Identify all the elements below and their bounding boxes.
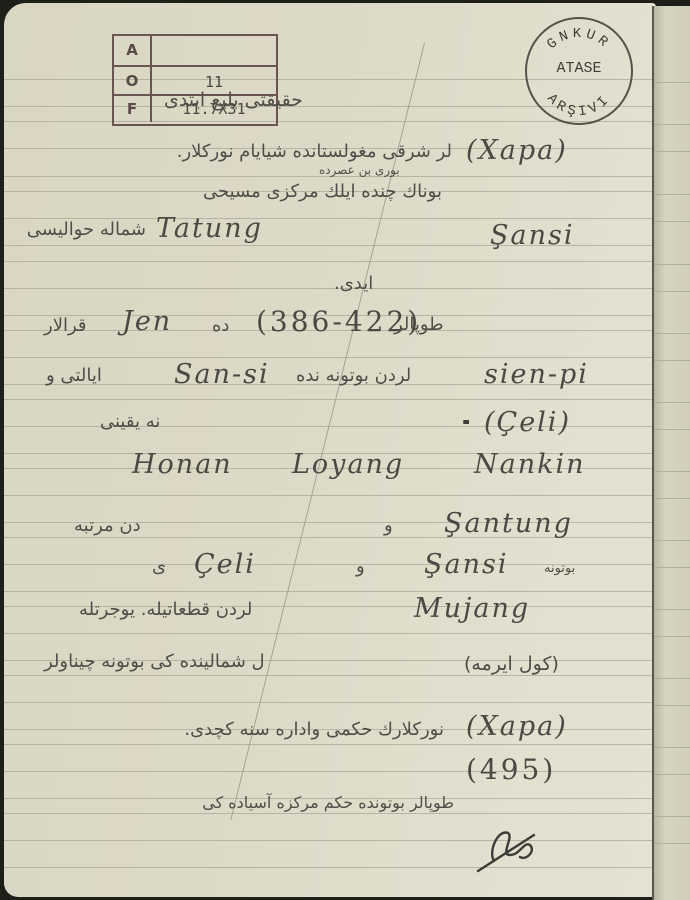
registry-label-a: A bbox=[114, 36, 152, 65]
next-page-edge bbox=[652, 6, 690, 900]
word-xapa-1: (Xapa) bbox=[466, 135, 568, 166]
seal-center-text: ATASE bbox=[527, 60, 631, 77]
line-14: نورکلارك حکمی واداره سنه کچدی. bbox=[44, 719, 444, 740]
word-mujang: Mujang bbox=[414, 593, 530, 624]
word-ye: ی bbox=[152, 556, 166, 577]
archive-seal: GNKUR ARŞIVI ATASE bbox=[525, 17, 633, 125]
word-sien-pi: sien-pi bbox=[484, 359, 589, 390]
word-honan: Honan bbox=[132, 449, 233, 480]
word-san-si: San-si bbox=[174, 359, 270, 390]
word-santung: Şantung bbox=[444, 508, 573, 539]
registry-value-a bbox=[152, 36, 276, 65]
line-3: بوناك چنده ایلك مرکزی مسیحی bbox=[32, 181, 442, 202]
line-4-end: شماله حوالیسی bbox=[26, 219, 146, 240]
notebook-page: A O 11 F 11.7X31 GNKUR ARŞIVI ATASE حقیق… bbox=[4, 3, 656, 897]
word-sansi-1: Şansi bbox=[490, 220, 574, 251]
line-7-mid: لردن بوتونه نده bbox=[296, 365, 411, 386]
struck-out-text bbox=[189, 411, 469, 432]
line-5: ایدی. bbox=[334, 273, 373, 294]
line-2: لر شرقی مغولستانده شیایام نورکلار. bbox=[22, 141, 452, 162]
word-ve-2: و bbox=[356, 556, 365, 577]
line-12: لردن قطعاتیله. یوجرتله bbox=[79, 599, 252, 620]
svg-text:GNKUR: GNKUR bbox=[544, 26, 613, 53]
word-sansi-2: Şansi bbox=[424, 549, 508, 580]
seal-bottom-text: ARŞIVI bbox=[543, 91, 614, 120]
svg-text:ARŞIVI: ARŞIVI bbox=[543, 91, 614, 120]
line-heading: حقیقتی بلیع ایتدی bbox=[164, 89, 303, 111]
registry-label-o: O bbox=[114, 67, 152, 96]
word-celi-2: Çeli bbox=[194, 549, 256, 580]
date-range-386-422: (386-422) bbox=[256, 305, 421, 338]
word-de: ده bbox=[212, 315, 229, 336]
line-7-end: ایالتی و bbox=[46, 365, 102, 386]
word-xapa-2: (Xapa) bbox=[466, 711, 568, 742]
parenthetical-kul-irme: (کول ایرمه) bbox=[464, 653, 559, 675]
word-nankin: Nankin bbox=[474, 449, 586, 480]
word-kirallar: قرالار bbox=[44, 315, 87, 336]
word-loyang: Loyang bbox=[292, 449, 404, 480]
line-10-end: دن مرتبه bbox=[74, 515, 141, 536]
year-495: (495) bbox=[466, 753, 556, 786]
word-ve-1: و bbox=[384, 515, 393, 536]
word-celi-1: (Çeli) bbox=[484, 407, 571, 438]
registry-box: A O 11 F 11.7X31 bbox=[112, 34, 278, 126]
word-butune: بوتونه bbox=[544, 561, 575, 576]
line-8: نه یقینی bbox=[100, 411, 160, 432]
line-13: ل شمالینده کی بوتونه چیناولر bbox=[44, 651, 265, 672]
closing-line: طوپالر بوتونده حکم مرکزه آسیاده کی bbox=[134, 793, 454, 812]
word-tatung: Tatung bbox=[156, 213, 263, 244]
line-3-superscript: بوری بن عصرده bbox=[319, 163, 400, 177]
seal-top-text: GNKUR bbox=[544, 26, 613, 53]
registry-label-f: F bbox=[114, 96, 152, 122]
word-jen: Jen bbox=[122, 306, 172, 337]
signature-icon bbox=[474, 821, 544, 876]
